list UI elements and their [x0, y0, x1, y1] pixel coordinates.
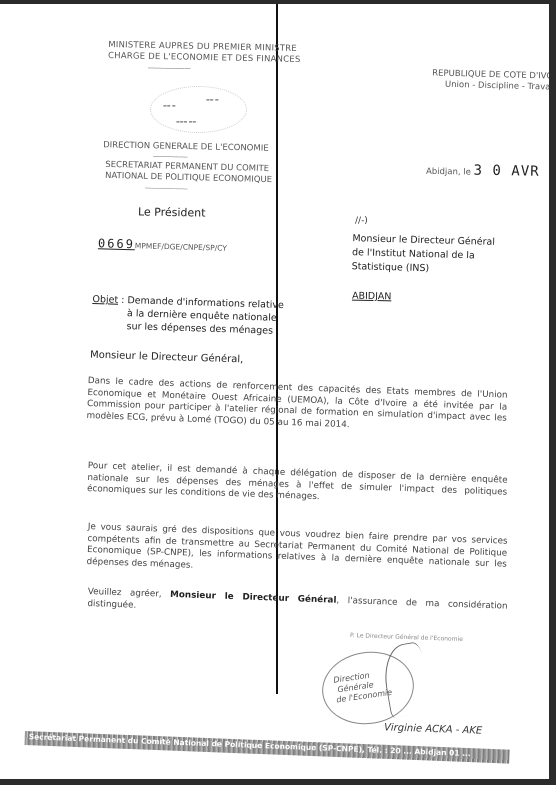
- reference-number: 0669MPMEF/DGE/CNPE/SP/CY: [98, 236, 227, 253]
- footer-text: Secrétariat Permanent du Comité National…: [29, 732, 471, 758]
- ministry-header: MINISTERE AUPRES DU PREMIER MINISTRE CHA…: [108, 40, 301, 77]
- president-title: Le Président: [138, 205, 206, 219]
- subject-separator: :: [118, 295, 128, 306]
- date-prefix: Abidjan, le: [426, 167, 471, 178]
- subject-label: Objet: [92, 294, 118, 306]
- date-stamp: 3 0 AVR 20: [473, 163, 549, 181]
- body-paragraph-3: Je vous saurais gré des dispositions que…: [86, 522, 507, 583]
- footer-band: Secrétariat Permanent du Comité National…: [24, 731, 509, 764]
- reference-code: MPMEF/DGE/CNPE/SP/CY: [135, 241, 227, 252]
- stamp-text: Direction Générale de l'Economie: [333, 668, 393, 706]
- stamp-heading: P. Le Directeur Général de l'Economie: [350, 632, 463, 643]
- recipient-city: ABIDJAN: [352, 291, 392, 303]
- closing-paragraph: Veuillez agréer, Monsieur le Directeur G…: [87, 587, 508, 625]
- body-paragraph-2: Pour cet atelier, il est demandé à chaqu…: [87, 461, 508, 510]
- fold-line: [276, 4, 278, 694]
- closing-bold: Monsieur le Directeur Général: [170, 590, 337, 606]
- reference-num: 0669: [98, 236, 135, 251]
- secretariat-header: SECRETARIAT PERMANENT DU COMITE NATIONAL…: [105, 160, 273, 197]
- recipient-block: Monsieur le Directeur Général de l'Insti…: [351, 232, 495, 278]
- salutation: Monsieur le Directeur Général,: [90, 350, 244, 366]
- page-edge: [549, 0, 556, 785]
- republic-motto: Union - Discipline - Travai: [432, 79, 549, 93]
- republic-header: REPUBLIQUE DE COTE D'IVO Union - Discipl…: [432, 68, 549, 93]
- signatory-name: Virginie ACKA - AKE: [384, 722, 483, 736]
- subject-text: Demande d'informations relative à la der…: [126, 294, 284, 338]
- emblem-seal-icon: ▬▬ ▬ ▬▬ ▬ ▬▬▬ ▬▬: [150, 86, 247, 133]
- closing-start: Veuillez agréer,: [88, 587, 171, 600]
- body-paragraph-1: Dans le cadre des actions de renforcemen…: [86, 376, 507, 437]
- subject-block: Objet : Demande d'informations relative …: [91, 293, 284, 338]
- date-line: Abidjan, le 3 0 AVR 20: [426, 162, 549, 180]
- scanned-letter-page: MINISTERE AUPRES DU PREMIER MINISTRE CHA…: [0, 4, 549, 779]
- recipient-mark: //-): [355, 216, 368, 226]
